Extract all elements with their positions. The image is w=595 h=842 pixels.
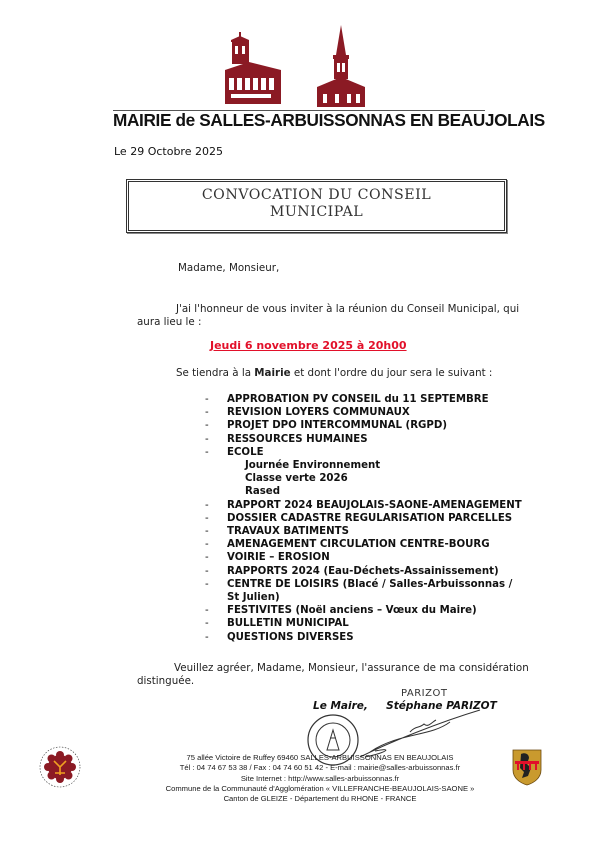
agenda-item-label: ECOLE: [227, 446, 264, 459]
agenda-item: -APPROBATION PV CONSEIL du 11 SEPTEMBRE: [205, 393, 522, 406]
agenda-dash: -: [205, 393, 227, 406]
agenda-subitem: Classe verte 2026: [205, 472, 522, 485]
agenda-item-label: AMENAGEMENT CIRCULATION CENTRE-BOURG: [227, 538, 490, 551]
agenda-item-continuation: St Julien): [205, 591, 522, 604]
location-line: Se tiendra à la Mairie et dont l'ordre d…: [176, 367, 492, 379]
footer-canton: Canton de GLEIZE - Département du RHONE …: [120, 794, 520, 804]
mairie-title: MAIRIE de SALLES-ARBUISSONNAS EN BEAUJOL…: [113, 110, 485, 131]
location-bold: Mairie: [254, 367, 290, 379]
agenda-item: -DOSSIER CADASTRE REGULARISATION PARCELL…: [205, 512, 522, 525]
agenda-item-label: BULLETIN MUNICIPAL: [227, 617, 349, 630]
agenda-item-label: QUESTIONS DIVERSES: [227, 631, 354, 644]
agenda-item: -AMENAGEMENT CIRCULATION CENTRE-BOURG: [205, 538, 522, 551]
agenda-dash: -: [205, 578, 227, 591]
footer-contact: Tél : 04 74 67 53 38 / Fax : 04 74 60 51…: [120, 763, 520, 773]
agenda-item: -FESTIVITES (Noël anciens – Vœux du Mair…: [205, 604, 522, 617]
agenda-dash: -: [205, 499, 227, 512]
agenda-dash: -: [205, 446, 227, 459]
agenda-item-label: TRAVAUX BATIMENTS: [227, 525, 349, 538]
agenda-item-label: DOSSIER CADASTRE REGULARISATION PARCELLE…: [227, 512, 512, 525]
agenda-dash: -: [205, 406, 227, 419]
coat-of-arms-crest-icon: [512, 748, 542, 786]
closing-line-2: distinguée.: [137, 675, 194, 687]
convocation-title: CONVOCATION DU CONSEIL MUNICIPAL: [126, 187, 507, 221]
convocation-title-line2: MUNICIPAL: [126, 204, 507, 221]
agenda-item-label: PROJET DPO INTERCOMMUNAL (RGPD): [227, 419, 447, 432]
signature-role: Le Maire,: [313, 700, 368, 712]
location-pre: Se tiendra à la: [176, 367, 254, 379]
salutation: Madame, Monsieur,: [178, 262, 279, 274]
meeting-date: Jeudi 6 novembre 2025 à 20h00: [210, 339, 407, 352]
footer-address-block: 75 allée Victoire de Ruffey 69460 SALLES…: [120, 753, 520, 804]
agenda-subitem: Journée Environnement: [205, 459, 522, 472]
agenda-dash: -: [205, 631, 227, 644]
agenda-dash: -: [205, 525, 227, 538]
agenda-list: -APPROBATION PV CONSEIL du 11 SEPTEMBRE-…: [205, 393, 522, 644]
agenda-dash: -: [205, 538, 227, 551]
letter-date: Le 29 Octobre 2025: [114, 145, 223, 158]
location-post: et dont l'ordre du jour sera le suivant …: [291, 367, 493, 379]
agenda-item: -RESSOURCES HUMAINES: [205, 433, 522, 446]
church-cloister-logo-icon: [225, 26, 283, 108]
federation-sites-clunisiens-logo-icon: [38, 745, 82, 789]
signature-stamp-name: PARIZOT: [401, 688, 447, 699]
agenda-dash: -: [205, 512, 227, 525]
closing-line-1: Veuillez agréer, Madame, Monsieur, l'ass…: [174, 662, 529, 674]
agenda-dash: -: [205, 565, 227, 578]
signature-name: Stéphane PARIZOT: [386, 700, 497, 712]
agenda-dash: -: [205, 617, 227, 630]
agenda-item: -REVISION LOYERS COMMUNAUX: [205, 406, 522, 419]
agenda-item-label: CENTRE DE LOISIRS (Blacé / Salles-Arbuis…: [227, 578, 512, 591]
agenda-item: -RAPPORT 2024 BEAUJOLAIS-SAONE-AMENAGEME…: [205, 499, 522, 512]
agenda-item: -ECOLE: [205, 446, 522, 459]
agenda-item-label: VOIRIE – EROSION: [227, 551, 330, 564]
intro-line-1: J'ai l'honneur de vous inviter à la réun…: [176, 303, 519, 315]
agenda-dash: -: [205, 433, 227, 446]
agenda-item: -BULLETIN MUNICIPAL: [205, 617, 522, 630]
agenda-dash: -: [205, 551, 227, 564]
convocation-title-line1: CONVOCATION DU CONSEIL: [126, 187, 507, 204]
agenda-item-label: RAPPORTS 2024 (Eau-Déchets-Assainissemen…: [227, 565, 499, 578]
intro-line-2: aura lieu le :: [137, 316, 201, 328]
agenda-item: -RAPPORTS 2024 (Eau-Déchets-Assainisseme…: [205, 565, 522, 578]
agenda-item-label: REVISION LOYERS COMMUNAUX: [227, 406, 410, 419]
agenda-item: -CENTRE DE LOISIRS (Blacé / Salles-Arbui…: [205, 578, 522, 591]
agenda-item-label: APPROBATION PV CONSEIL du 11 SEPTEMBRE: [227, 393, 489, 406]
agenda-item-label: RAPPORT 2024 BEAUJOLAIS-SAONE-AMENAGEMEN…: [227, 499, 522, 512]
agenda-dash: -: [205, 419, 227, 432]
agenda-subitem: Rased: [205, 485, 522, 498]
agenda-item: -PROJET DPO INTERCOMMUNAL (RGPD): [205, 419, 522, 432]
agenda-item: -VOIRIE – EROSION: [205, 551, 522, 564]
agenda-item-label: FESTIVITES (Noël anciens – Vœux du Maire…: [227, 604, 477, 617]
footer-website[interactable]: Site Internet : http://www.salles-arbuis…: [120, 774, 520, 784]
agenda-item: -QUESTIONS DIVERSES: [205, 631, 522, 644]
footer-community: Commune de la Communauté d'Agglomération…: [120, 784, 520, 794]
agenda-item-label: RESSOURCES HUMAINES: [227, 433, 368, 446]
footer-address: 75 allée Victoire de Ruffey 69460 SALLES…: [120, 753, 520, 763]
agenda-dash: -: [205, 604, 227, 617]
signature-block: Le Maire, Stéphane PARIZOT: [313, 700, 497, 712]
church-steeple-logo-icon: [315, 25, 367, 108]
agenda-item: -TRAVAUX BATIMENTS: [205, 525, 522, 538]
